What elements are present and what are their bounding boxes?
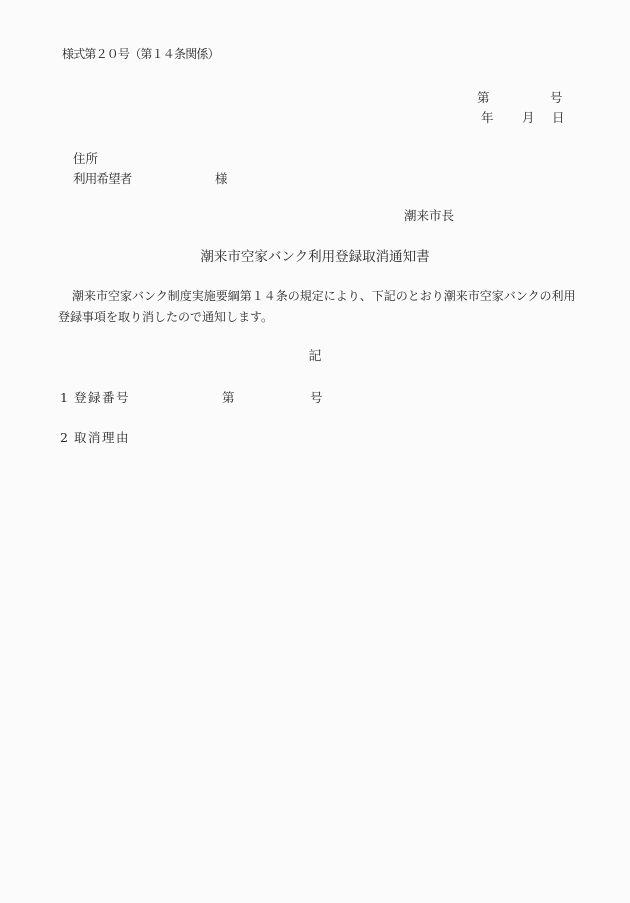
address-label: 住所 [73,151,98,166]
date-day-label: 日 [552,110,565,125]
item-1-field-prefix: 第 [222,390,235,405]
applicant-label: 利用希望者 [73,171,132,186]
date-month-label: 月 [522,110,535,125]
honorific-label: 様 [215,171,228,186]
body-paragraph-line-2: 登録事項を取り消したので通知します。 [58,310,273,324]
sender-name: 潮来市長 [404,208,454,223]
record-marker: 記 [0,349,630,365]
doc-number-prefix-label: 第 [477,90,490,105]
item-1-field-suffix: 号 [310,390,323,405]
document-title: 潮来市空家バンク利用登録取消通知書 [0,249,630,265]
form-number: 様式第２０号（第１４条関係） [62,47,219,61]
item-1-number: 1 [60,390,68,405]
item-1-label-registration-number: 登録番号 [74,390,130,405]
body-paragraph-line-1: 潮来市空家バンク制度実施要綱第１４条の規定により、下記のとおり潮来市空家バンクの… [58,289,576,303]
document-page: 様式第２０号（第１４条関係） 第 号 年 月 日 住所 利用希望者 様 潮来市長… [0,0,630,903]
item-2-number: 2 [60,430,68,445]
doc-number-suffix-label: 号 [550,90,563,105]
date-year-label: 年 [481,110,494,125]
item-2-label-cancellation-reason: 取消理由 [74,430,130,445]
